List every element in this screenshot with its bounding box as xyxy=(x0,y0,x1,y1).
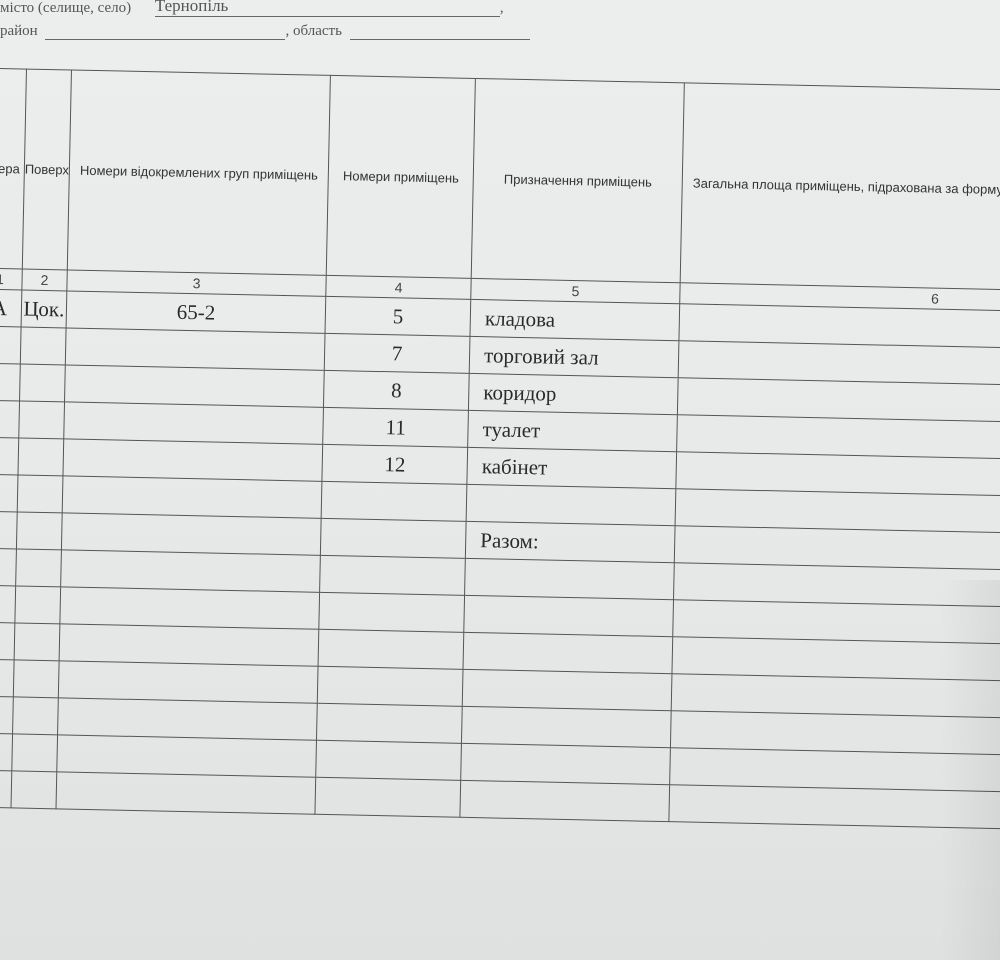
region-field xyxy=(350,22,530,40)
cell-letter: А xyxy=(0,289,22,327)
cell-purpose xyxy=(466,484,676,525)
empty-cell xyxy=(14,623,60,661)
empty-cell xyxy=(0,622,15,660)
empty-cell xyxy=(315,777,461,817)
city-value: Тернопіль xyxy=(155,0,228,15)
empty-cell xyxy=(316,740,462,780)
empty-cell xyxy=(460,780,670,821)
cell-room-number xyxy=(321,481,467,521)
cell-letter xyxy=(0,437,19,475)
cell-group xyxy=(64,402,324,444)
cell-floor xyxy=(19,364,65,402)
header-purpose: Призначення приміщень xyxy=(471,78,684,282)
header-floor: Поверх xyxy=(22,69,71,270)
cell-floor xyxy=(18,438,64,476)
empty-cell xyxy=(0,548,16,586)
empty-cell xyxy=(0,659,14,697)
header-total-area: Загальна площа приміщень, підрахована за… xyxy=(680,83,1000,294)
empty-cell xyxy=(58,661,318,703)
empty-cell xyxy=(56,772,316,814)
cell-group xyxy=(62,476,322,518)
empty-cell xyxy=(57,735,317,777)
cell-room-number: 12 xyxy=(322,444,468,484)
cell-purpose: кабінет xyxy=(467,447,677,488)
empty-cell xyxy=(464,595,674,636)
document-sheet: Літера Поверх Номери відокремлених груп … xyxy=(0,68,1000,909)
empty-cell xyxy=(58,698,318,740)
header-room-numbers: Номери приміщень xyxy=(326,75,475,278)
cell-room-number xyxy=(320,518,466,558)
cell-group xyxy=(65,365,325,407)
empty-cell xyxy=(61,550,321,592)
cell-purpose: Разом: xyxy=(465,521,675,562)
empty-cell xyxy=(465,558,675,599)
header-group-numbers: Номери відокремлених груп приміщень xyxy=(67,70,330,275)
cell-letter xyxy=(0,363,20,401)
cell-group xyxy=(65,328,325,370)
city-line: місто (селище, село) Тернопіль , xyxy=(0,0,504,17)
empty-cell xyxy=(463,632,673,673)
empty-cell xyxy=(462,669,672,710)
cell-floor xyxy=(17,475,63,513)
empty-cell xyxy=(0,733,12,771)
cell-purpose: торговий зал xyxy=(469,336,679,377)
empty-cell xyxy=(317,703,463,743)
empty-cell xyxy=(16,549,62,587)
cell-group xyxy=(61,513,321,555)
cell-floor xyxy=(20,327,66,365)
cell-purpose: туалет xyxy=(468,410,678,451)
cell-letter xyxy=(0,326,21,364)
empty-cell xyxy=(462,706,672,747)
empty-cell xyxy=(0,770,12,808)
cell-letter xyxy=(0,474,18,512)
district-field xyxy=(45,22,285,40)
empty-cell xyxy=(59,624,319,666)
empty-cell xyxy=(0,585,16,623)
cell-room-number: 5 xyxy=(325,296,471,336)
cell-letter xyxy=(0,511,17,549)
cell-group xyxy=(63,439,323,481)
cell-group: 65-2 xyxy=(66,291,326,333)
empty-cell xyxy=(317,666,463,706)
district-label: район xyxy=(0,23,38,39)
empty-cell xyxy=(12,734,58,772)
empty-cell xyxy=(15,586,61,624)
district-line: район , область xyxy=(0,22,530,40)
empty-cell xyxy=(0,696,13,734)
cell-floor xyxy=(19,401,65,439)
column-number: 1 xyxy=(0,268,22,290)
empty-cell xyxy=(12,697,58,735)
city-label: місто (селище, село) xyxy=(0,0,131,16)
region-label: , область xyxy=(285,23,341,39)
empty-cell xyxy=(461,743,671,784)
empty-cell xyxy=(320,555,466,595)
cell-floor: Цок. xyxy=(21,290,67,328)
empty-cell xyxy=(11,771,57,809)
column-number: 2 xyxy=(22,269,68,291)
cell-purpose: коридор xyxy=(469,373,679,414)
column-number: 4 xyxy=(326,275,471,299)
empty-cell xyxy=(669,785,1000,833)
cell-letter xyxy=(0,400,19,438)
cell-purpose: кладова xyxy=(470,299,680,340)
cell-floor xyxy=(16,512,62,550)
rooms-table: Літера Поверх Номери відокремлених груп … xyxy=(0,68,1000,839)
cell-room-number: 11 xyxy=(323,407,469,447)
empty-cell xyxy=(318,629,464,669)
empty-cell xyxy=(60,587,320,629)
cell-room-number: 7 xyxy=(324,333,470,373)
empty-cell xyxy=(13,660,59,698)
city-field: Тернопіль xyxy=(155,0,500,17)
cell-room-number: 8 xyxy=(324,370,470,410)
empty-cell xyxy=(319,592,465,632)
